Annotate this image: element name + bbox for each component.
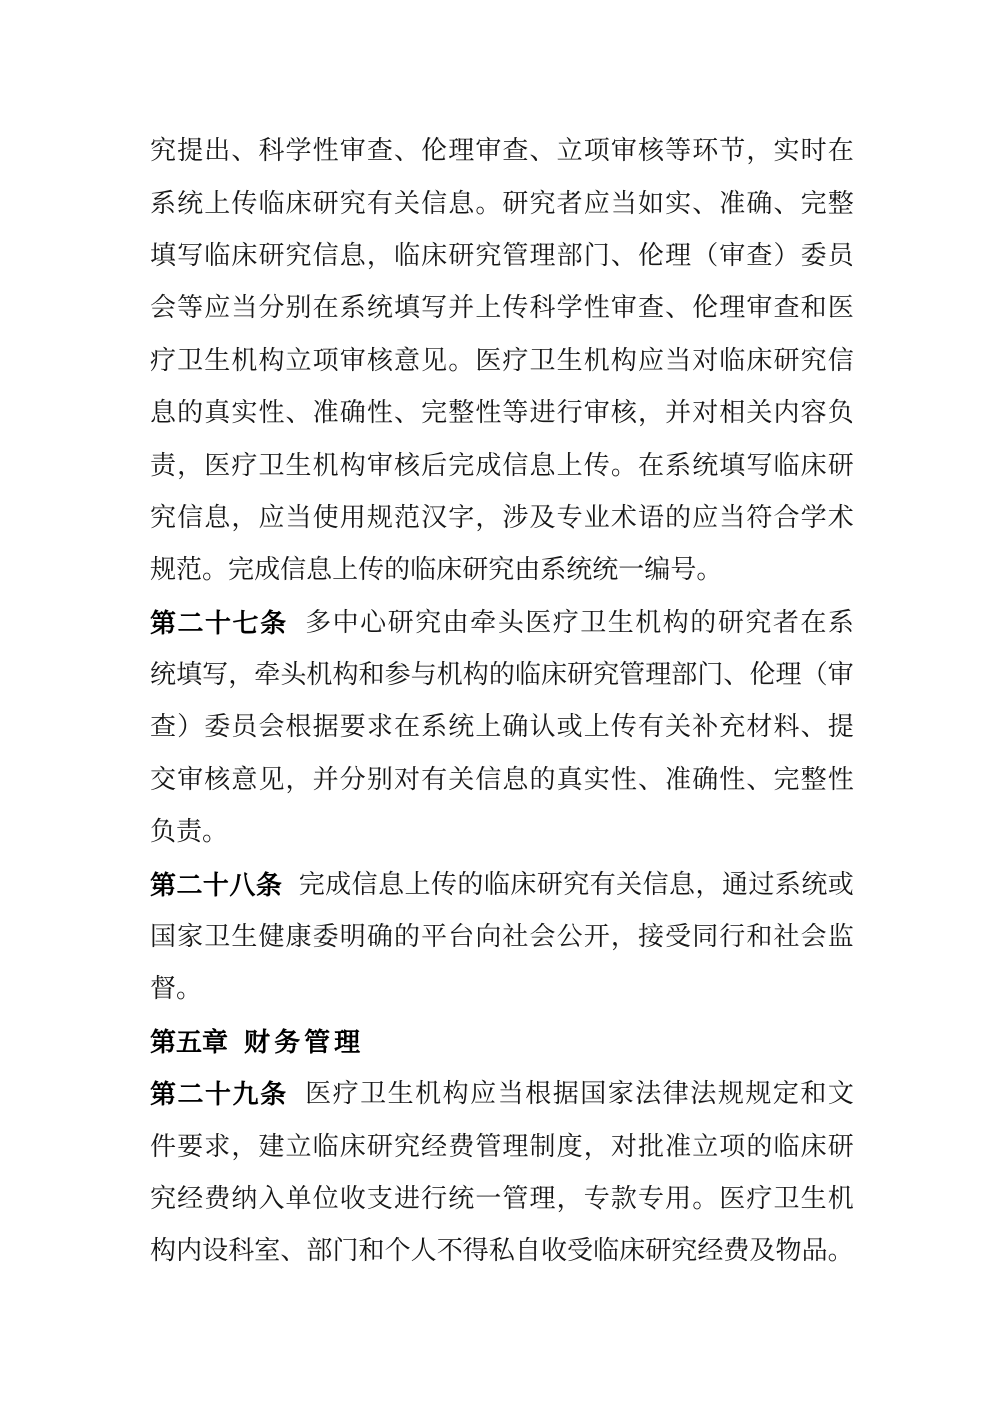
body-text-char: 医 [719, 1186, 745, 1212]
body-text-char: 信 [280, 557, 306, 583]
body-text-char: 见 [258, 767, 284, 793]
body-text-char: 生 [608, 610, 634, 636]
body-text-char: 疗 [746, 1186, 772, 1212]
body-text-char: 系 [828, 610, 854, 636]
body-text-char: 机 [231, 348, 257, 374]
body-text-char: 疗 [333, 1081, 359, 1107]
body-text-char: 审 [340, 348, 366, 374]
body-text-char: 临 [394, 243, 420, 269]
body-text-char: 构 [663, 610, 689, 636]
text-line: 件要求，建立临床研究经费管理制度，对批准立项的临床研 [150, 1120, 854, 1172]
body-text-char: 当 [611, 191, 637, 217]
body-text-char: 填 [150, 243, 176, 269]
body-text-char: 等 [177, 295, 203, 321]
body-text-char: 使 [313, 505, 339, 531]
body-text-char: 临 [593, 1238, 619, 1264]
body-text-char: 审 [611, 295, 637, 321]
body-text-char: 传 [584, 453, 610, 479]
body-text-char: 当 [498, 1081, 524, 1107]
body-text-char: 管 [502, 1186, 528, 1212]
body-text-char: ， [638, 400, 664, 426]
body-text-char: 理 [645, 662, 671, 688]
body-text-char: 传 [431, 872, 457, 898]
body-text-char: 完 [801, 191, 827, 217]
body-text-char: 性 [258, 400, 284, 426]
body-text-char: 应 [692, 505, 718, 531]
body-text-char: 真 [204, 400, 230, 426]
body-text-char: 查 [502, 138, 528, 164]
body-text-char: 会 [530, 924, 556, 950]
body-text-char: 统 [448, 1186, 474, 1212]
body-text-char: 医 [475, 348, 501, 374]
body-text-char: 门 [697, 662, 723, 688]
body-text-char: 根 [286, 714, 312, 740]
body-text-char: 研 [828, 1134, 854, 1160]
body-text-char: 确 [367, 924, 393, 950]
body-text-char: 符 [746, 505, 772, 531]
body-text-char: 费 [204, 1186, 230, 1212]
body-text-char: 究 [150, 505, 176, 531]
body-text-char: 社 [502, 924, 528, 950]
body-text-char: 业 [584, 505, 610, 531]
text-line: 统填写，牵头机构和参与机构的临床研究管理部门、伦理（审 [150, 649, 854, 701]
body-text-char: 疗 [231, 453, 257, 479]
body-text-char: 牵 [470, 610, 496, 636]
bold-heading-char: 第 [150, 1081, 176, 1107]
body-text-char: 信 [828, 348, 854, 374]
body-text-char: 提 [177, 138, 203, 164]
body-text-char: 关 [616, 872, 642, 898]
body-text-char: 头 [498, 610, 524, 636]
body-text-char: 究 [563, 872, 589, 898]
body-text-char: 部 [306, 1238, 332, 1264]
body-text-char: 审 [584, 400, 610, 426]
body-text-char: 、 [774, 191, 800, 217]
body-text-char: 系 [150, 191, 176, 217]
body-text-char: 人 [411, 1238, 437, 1264]
body-text-char: 理 [502, 1134, 528, 1160]
body-text-char: 成 [475, 453, 501, 479]
body-text-char: 临 [774, 1134, 800, 1160]
body-text-char: 研 [828, 453, 854, 479]
body-text-char: 信 [313, 243, 339, 269]
body-text-char: 牵 [254, 662, 280, 688]
body-text-char: 项 [719, 1134, 745, 1160]
body-text-char: 部 [671, 662, 697, 688]
body-text-char: 专 [584, 1186, 610, 1212]
body-text-char: 要 [340, 714, 366, 740]
body-text-char: 卫 [258, 453, 284, 479]
body-text-char: 科 [258, 138, 284, 164]
body-text-char: 关 [448, 767, 474, 793]
body-text-char: 理 [776, 662, 802, 688]
body-text-char: 理 [530, 1186, 556, 1212]
text-line: 息的真实性、准确性、完整性等进行审核，并对相关内容负 [150, 387, 854, 439]
body-text-char: 款 [611, 1186, 637, 1212]
body-text-char: 当 [719, 505, 745, 531]
body-text-char: 头 [280, 662, 306, 688]
bold-heading-char: 第 [150, 610, 176, 636]
body-text-char: 、 [286, 400, 312, 426]
body-text-char: 参 [385, 662, 411, 688]
body-text-char: 。 [176, 976, 202, 1002]
body-text-char: 机 [584, 348, 610, 374]
body-text-char: 究 [530, 191, 556, 217]
body-text-char: 上 [475, 295, 501, 321]
body-text-char: 自 [515, 1238, 541, 1264]
body-text-char: 汉 [421, 505, 447, 531]
body-text-char: 涉 [502, 505, 528, 531]
body-text-char: 传 [502, 295, 528, 321]
body-text-char: 研 [258, 243, 284, 269]
body-text-char: 临 [410, 557, 436, 583]
text-line: 会等应当分别在系统填写并上传科学性审查、伦理审查和医 [150, 282, 854, 334]
body-text-char: 管 [619, 662, 645, 688]
body-text-char: 的 [457, 872, 483, 898]
bold-heading-char: 第 [150, 1029, 176, 1055]
body-text-char: 卫 [580, 610, 606, 636]
body-text-char: 并 [313, 767, 339, 793]
body-text-char: 接 [638, 924, 664, 950]
body-text-char: 补 [692, 714, 718, 740]
body-text-char: 息 [378, 872, 404, 898]
bold-heading-char: 十 [205, 1081, 231, 1107]
body-text-char: 床 [436, 557, 462, 583]
body-text-char: 研 [502, 191, 528, 217]
body-text-char: 及 [530, 505, 556, 531]
body-text-char: 的 [530, 767, 556, 793]
body-text-char: 究 [488, 557, 514, 583]
body-text-char: 经 [421, 1134, 447, 1160]
body-text-char: 规 [367, 505, 393, 531]
body-text-char: 审 [340, 138, 366, 164]
body-text-char: 和 [800, 1081, 826, 1107]
body-text-char: 统 [566, 557, 592, 583]
body-text-char: 研 [774, 348, 800, 374]
body-text-char: 当 [231, 295, 257, 321]
body-text-char: 填 [394, 295, 420, 321]
body-text-char: 研 [388, 610, 414, 636]
body-text-char: 生 [286, 453, 312, 479]
body-text-char: 范 [176, 557, 202, 583]
bold-heading-char: 条 [260, 610, 286, 636]
body-text-char: 应 [638, 348, 664, 374]
body-text-char: 时 [801, 138, 827, 164]
text-line: 究信息，应当使用规范汉字，涉及专业术语的应当符合学术 [150, 492, 854, 544]
body-text-char: 当 [286, 505, 312, 531]
text-line: 第二十八条完成信息上传的临床研究有关信息，通过系统或 [150, 858, 854, 910]
body-text-char: 料 [774, 714, 800, 740]
body-text-char: 系 [421, 714, 447, 740]
body-text-char: 、 [665, 295, 691, 321]
body-text-char: 确 [340, 400, 366, 426]
body-text-char: 卫 [774, 1186, 800, 1212]
body-text-char: 。 [692, 1186, 718, 1212]
body-text-char: 节 [719, 138, 745, 164]
body-text-char: 性 [828, 767, 854, 793]
body-text-char: ， [475, 505, 501, 531]
bold-heading-char: 二 [176, 872, 202, 898]
body-text-char: 批 [638, 1134, 664, 1160]
body-text-char: 医 [305, 1081, 331, 1107]
body-text-char: 性 [475, 400, 501, 426]
body-text-char: 信 [177, 505, 203, 531]
body-text-char: 传 [231, 191, 257, 217]
bold-heading-char: 理 [334, 1029, 360, 1055]
body-text-char: 物 [776, 1238, 802, 1264]
body-text-char: 实 [231, 400, 257, 426]
body-text-char: 床 [746, 348, 772, 374]
body-text-char: 信 [352, 872, 378, 898]
body-text-char: 费 [723, 1238, 749, 1264]
body-text-char: 行 [719, 924, 745, 950]
body-text-char: 环 [692, 138, 718, 164]
body-text-char: 求 [204, 1134, 230, 1160]
body-text-char: 委 [313, 924, 339, 950]
body-text-char: ） [774, 243, 800, 269]
body-text-char: 生 [557, 348, 583, 374]
body-text-char: ， [611, 924, 637, 950]
body-text-char: 个 [385, 1238, 411, 1264]
bold-heading-char: 第 [150, 872, 176, 898]
body-text-char: 床 [510, 872, 536, 898]
body-text-char: 社 [774, 924, 800, 950]
body-text-char: 有 [367, 191, 393, 217]
body-text-char: 责 [176, 819, 202, 845]
body-text-char: 确 [692, 767, 718, 793]
body-text-char: 实 [774, 138, 800, 164]
body-text-char: 床 [541, 662, 567, 688]
body-text-char: 明 [340, 924, 366, 950]
body-text-char: 统 [367, 295, 393, 321]
body-text-char: 临 [313, 1134, 339, 1160]
body-text-char: 文 [828, 1081, 854, 1107]
body-text-char: 委 [801, 243, 827, 269]
body-text-char: 审 [611, 138, 637, 164]
body-text-char: 容 [801, 400, 827, 426]
bold-heading-char: 章 [202, 1029, 228, 1055]
body-text-char: 上 [204, 191, 230, 217]
body-text-char: 填 [719, 453, 745, 479]
body-text-char: 统 [801, 872, 827, 898]
body-text-char: 科 [530, 295, 556, 321]
body-text-char: 机 [306, 662, 332, 688]
body-text-char: 别 [367, 767, 393, 793]
body-text-char: 疗 [502, 348, 528, 374]
body-text-char: 负 [828, 400, 854, 426]
body-text-char: 信 [421, 191, 447, 217]
body-text-char: 审 [828, 662, 854, 688]
text-line: 第二十七条多中心研究由牵头医疗卫生机构的研究者在系 [150, 597, 854, 649]
body-text-char: 构 [611, 348, 637, 374]
body-text-char: 完 [448, 453, 474, 479]
body-text-char: 学 [286, 138, 312, 164]
body-text-char: 件 [150, 1134, 176, 1160]
body-text-char: 核 [204, 767, 230, 793]
text-line: 规范。完成信息上传的临床研究由系统统一编号。 [150, 544, 854, 596]
body-text-char: 的 [384, 557, 410, 583]
body-text-char: 临 [719, 348, 745, 374]
body-text-char: ， [231, 505, 257, 531]
body-text-char: 据 [553, 1081, 579, 1107]
body-text-char: 专 [557, 505, 583, 531]
body-text-char: 和 [359, 1238, 385, 1264]
body-text-char: 范 [394, 505, 420, 531]
body-text-char: 性 [611, 767, 637, 793]
body-text-char: 上 [332, 557, 358, 583]
body-text-char: 室 [254, 1238, 280, 1264]
body-text-char: 编 [644, 557, 670, 583]
body-text-char: 息 [204, 505, 230, 531]
body-text-char: 准 [719, 191, 745, 217]
body-text-char: 在 [828, 138, 854, 164]
body-text-char: 医 [828, 295, 854, 321]
body-text-char: 系 [665, 453, 691, 479]
body-text-char: 术 [611, 505, 637, 531]
body-text-char: 品 [802, 1238, 828, 1264]
body-text-char: 会 [258, 714, 284, 740]
bold-heading-char: 条 [260, 1081, 286, 1107]
body-text-char: 构 [463, 662, 489, 688]
body-text-char: ） [177, 714, 203, 740]
body-text-char: 立 [286, 1134, 312, 1160]
body-text-char: （ [802, 662, 828, 688]
body-text-char: 、 [530, 138, 556, 164]
body-text-char: 生 [231, 924, 257, 950]
body-text-char: ， [286, 767, 312, 793]
body-text-char: 负 [150, 819, 176, 845]
body-text-char: ， [696, 872, 722, 898]
bold-heading-char: 务 [274, 1029, 300, 1055]
body-text-char: 应 [204, 295, 230, 321]
body-text-char: 员 [828, 243, 854, 269]
body-text-char: 分 [340, 767, 366, 793]
body-text-char: 床 [619, 1238, 645, 1264]
body-text-char: 完 [228, 557, 254, 583]
body-text-char: 完 [421, 400, 447, 426]
body-text-char: 究 [394, 1134, 420, 1160]
body-text-char: 由 [443, 610, 469, 636]
body-text-char: 门 [584, 243, 610, 269]
body-text-char: 同 [692, 924, 718, 950]
body-text-char: 并 [665, 400, 691, 426]
body-text-char: 收 [340, 1186, 366, 1212]
body-text-char: 私 [489, 1238, 515, 1264]
body-text-char: 究 [150, 1186, 176, 1212]
body-text-char: 实 [665, 191, 691, 217]
body-text-char: 卫 [177, 348, 203, 374]
body-text-char: 康 [286, 924, 312, 950]
body-text-char: 确 [502, 714, 528, 740]
body-text-char: 究 [150, 138, 176, 164]
body-text-char: 的 [394, 924, 420, 950]
body-text-char: 中 [333, 610, 359, 636]
body-text-char: 准 [665, 1134, 691, 1160]
body-text-char: 构 [340, 453, 366, 479]
body-text-char: 家 [177, 924, 203, 950]
bold-heading-char: 十 [205, 610, 231, 636]
body-text-char: 台 [448, 924, 474, 950]
body-text-char: 学 [801, 505, 827, 531]
body-text-char: 机 [828, 1186, 854, 1212]
body-text-char: 意 [231, 767, 257, 793]
body-text-char: 交 [150, 767, 176, 793]
body-text-char: 究 [801, 348, 827, 374]
body-text-char: 床 [801, 1134, 827, 1160]
body-text-char: 系 [775, 872, 801, 898]
body-text-char: 单 [286, 1186, 312, 1212]
body-text-char: 信 [643, 872, 669, 898]
body-text-char: 项 [584, 138, 610, 164]
body-text-char: 。 [202, 557, 228, 583]
body-text-char: 位 [313, 1186, 339, 1212]
body-text-char: 术 [828, 505, 854, 531]
body-text-char: 临 [484, 872, 510, 898]
body-text-char: ， [231, 1134, 257, 1160]
body-text-char: 关 [746, 400, 772, 426]
body-text-char: 行 [557, 400, 583, 426]
body-text-char: 一 [475, 1186, 501, 1212]
body-text-char: 健 [258, 924, 284, 950]
body-text-char: 分 [258, 295, 284, 321]
body-text-char: 究 [475, 243, 501, 269]
body-text-char: 设 [202, 1238, 228, 1264]
body-text-char: 构 [150, 1238, 176, 1264]
body-text-char: 研 [718, 610, 744, 636]
body-text-char: 家 [608, 1081, 634, 1107]
body-text-char: 号 [670, 557, 696, 583]
body-text-char: 临 [204, 243, 230, 269]
body-text-char: 疗 [553, 610, 579, 636]
body-text-char: 成 [254, 557, 280, 583]
body-text-char: 审 [746, 295, 772, 321]
body-text-char: 究 [593, 662, 619, 688]
body-text-char: 在 [638, 453, 664, 479]
body-text-char: 者 [773, 610, 799, 636]
body-text-char: 有 [638, 714, 664, 740]
body-text-char: 统 [448, 714, 474, 740]
body-text-char: 并 [448, 295, 474, 321]
body-text-char: 立 [557, 138, 583, 164]
body-text-char: 有 [590, 872, 616, 898]
body-text-char: 国 [150, 924, 176, 950]
body-text-char: 准 [665, 767, 691, 793]
body-text-char: 核 [638, 138, 664, 164]
body-text-char: 立 [286, 348, 312, 374]
body-text-char: 息 [150, 400, 176, 426]
body-text-char: 信 [475, 767, 501, 793]
body-text-char: 、 [746, 767, 772, 793]
body-text-char: 和 [801, 295, 827, 321]
body-text-char: 息 [502, 767, 528, 793]
body-text-char: 、 [692, 191, 718, 217]
body-text-char: 监 [828, 924, 854, 950]
body-text-char: ， [746, 138, 772, 164]
body-text-char: 卫 [360, 1081, 386, 1107]
body-text-char: 立 [692, 1134, 718, 1160]
body-text-char: 息 [669, 872, 695, 898]
body-text-char: 求 [367, 714, 393, 740]
body-text-char: 床 [286, 191, 312, 217]
body-text-char: 别 [286, 295, 312, 321]
body-text-char: 后 [421, 453, 447, 479]
body-text-char: （ [692, 243, 718, 269]
body-text-char: 研 [645, 1238, 671, 1264]
body-text-char: 和 [359, 662, 385, 688]
body-text-char: 内 [176, 1238, 202, 1264]
body-text-char: 语 [638, 505, 664, 531]
body-text-char: 内 [774, 400, 800, 426]
